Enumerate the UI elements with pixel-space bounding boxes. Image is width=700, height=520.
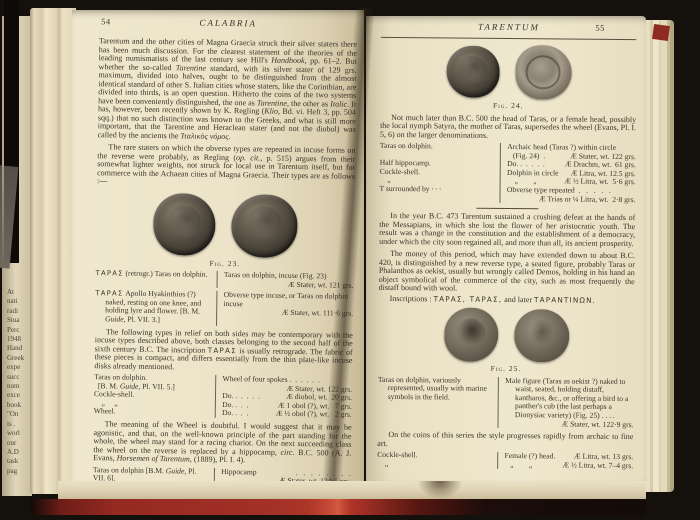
type-table: Taras on dolphin.Half hippocamp.Cockle-s… (379, 142, 636, 204)
obverse-description: Taras on dolphin. [B. M. Guide, Pl. VII.… (94, 373, 216, 418)
coin-image (231, 194, 298, 258)
book-photo: At nati radi Stua Perc 1948 Hand Greek e… (0, 0, 700, 520)
type-table: Taras on dolphin. [B. M. Guide, Pl. VII.… (94, 373, 353, 420)
coin-image (446, 45, 499, 97)
obverse-description: Taras on dolphin, variously represented,… (377, 376, 498, 429)
bottom-page-block-edge (58, 481, 646, 499)
paragraph: The money of this period, which may have… (379, 250, 635, 295)
figure-caption: Fig. 25. (378, 364, 634, 375)
left-page-content: 54 CALABRIA Tarentum and the other citie… (93, 17, 358, 489)
head-rule (381, 37, 637, 40)
reverse-description: Male figure (Taras as oekist ?) naked to… (498, 377, 634, 430)
paragraph: Not much later than B.C. 500 the head of… (380, 113, 636, 141)
inscriptions-line: Inscriptions : ΤΑΡΑΣ, ΤΑΡΑΣ, and later Τ… (379, 295, 635, 306)
right-running-head: TARENTUM 55 (381, 22, 637, 36)
paragraph: On the coins of this series the style pr… (377, 431, 633, 450)
paragraph: The meaning of the Wheel is doubtful. I … (93, 420, 352, 466)
left-page-edge-stack (30, 8, 76, 494)
figure-23 (96, 192, 355, 259)
reverse-description: Female (?) head.Æ Litra, wt. 13 grs. „ „… (497, 452, 633, 470)
reverse-description: Taras on dolphin, incuse (Fig. 23) Æ Sta… (217, 271, 354, 290)
right-page-edge-stack (644, 20, 674, 492)
section-divider (476, 208, 538, 210)
figure-24 (380, 44, 636, 100)
paragraph: The following types in relief on both si… (94, 328, 353, 374)
type-table-row: ΤΑΡΑΣ (retrogr.) Taras on dolphin. Taras… (96, 269, 354, 290)
right-book-page: TARENTUM 55 Fig. 24. Not much later than… (366, 16, 646, 488)
figure-caption: Fig. 24. (380, 101, 636, 112)
left-book-page: 54 CALABRIA Tarentum and the other citie… (72, 10, 364, 494)
reverse-description: Archaic head (Taras ?) within circle (Fi… (500, 143, 636, 204)
type-table: Cockle-shell. „ Female (?) head.Æ Litra,… (377, 451, 633, 470)
bottom-gutter-fold (418, 481, 462, 499)
red-cover-strip (30, 499, 646, 515)
figure-25 (378, 307, 634, 363)
coin-image (515, 45, 571, 99)
type-table-row: ΤΑΡΑΣ Apollo Hyakinthios (?) naked, rest… (95, 289, 353, 327)
obverse-description: ΤΑΡΑΣ Apollo Hyakinthios (?) naked, rest… (95, 289, 217, 325)
red-cover-corner (652, 24, 670, 41)
type-table-row: Taras on dolphin, variously represented,… (377, 376, 633, 430)
paragraph: In the year B.C. 473 Tarentum sustained … (379, 212, 635, 248)
paragraph: Tarentum and the other cities of Magna G… (98, 37, 357, 143)
obverse-description: ΤΑΡΑΣ (retrogr.) Taras on dolphin. (96, 269, 217, 288)
running-head-title-left: CALABRIA (99, 17, 357, 29)
paragraph: The rare staters on which the obverse ty… (97, 143, 356, 189)
obverse-description: Taras on dolphin.Half hippocamp.Cockle-s… (379, 142, 500, 203)
coin-image (444, 308, 498, 362)
obverse-description: Cockle-shell. „ (377, 451, 497, 469)
coin-image (514, 309, 569, 362)
page-number-right: 55 (595, 24, 605, 33)
right-page-content: TARENTUM 55 Fig. 24. Not much later than… (377, 22, 637, 482)
coin-image (153, 193, 216, 256)
left-running-head: 54 CALABRIA (99, 17, 357, 33)
